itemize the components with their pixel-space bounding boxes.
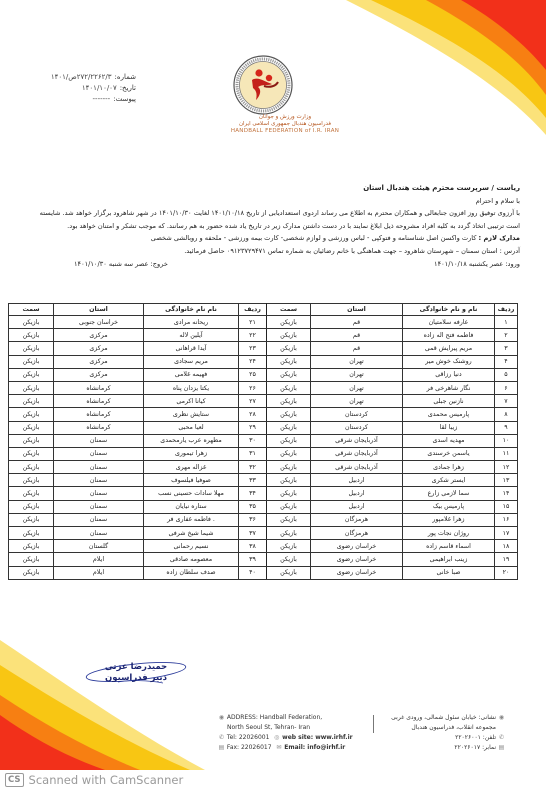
phone-icon: ✆ — [218, 733, 225, 743]
cell-full-name: صبا خانی — [403, 566, 495, 579]
cell-full-name: نسیم رحمانی — [144, 540, 239, 553]
location-pin-icon: ◉ — [218, 713, 225, 723]
cell-province: اردبیل — [311, 500, 403, 513]
cell-province: سمنان — [54, 513, 144, 526]
cell-full-name: زهرا غلامپور — [403, 513, 495, 526]
letter-number-label: شماره: — [115, 72, 136, 83]
table-row: ۱۸اسماء قاسم زادهخراسان رضویبازیکن۳۸نسیم… — [9, 540, 518, 553]
cell-role: بازیکن — [267, 566, 311, 579]
cell-row-number: ۱۰ — [495, 434, 518, 447]
table-row: ۹زیبا لقاکردستانبازیکن۲۹لعیا محبیکرمانشا… — [9, 421, 518, 434]
fax-icon: ▤ — [218, 743, 225, 753]
cell-row-number: ۲۶ — [239, 381, 267, 394]
cell-row-number: ۱۷ — [495, 527, 518, 540]
table-row: ۱۴سما لازمی زارعاردبیلبازیکن۳۴مهلا سادات… — [9, 487, 518, 500]
cell-full-name: فاطمه فتح اله زاده — [403, 329, 495, 342]
cell-province: کرمانشاه — [54, 395, 144, 408]
cell-province: خراسان رضوی — [311, 540, 403, 553]
required-documents-label: مدارک لازم : — [479, 234, 520, 242]
cell-role: بازیکن — [267, 513, 311, 526]
cell-full-name: غزاله مهری — [144, 461, 239, 474]
cell-role: بازیکن — [9, 553, 54, 566]
cell-role: بازیکن — [267, 421, 311, 434]
cell-province: آذربایجان شرقی — [311, 434, 403, 447]
cell-full-name: ایستر شکری — [403, 474, 495, 487]
header-full-name: نام نام خانوادگی — [144, 304, 239, 316]
cell-province: تهران — [311, 355, 403, 368]
required-documents: مدارک لازم : کارت واکسن اصل شناسنامه و ف… — [34, 232, 520, 245]
cell-full-name: زیبا لقا — [403, 421, 495, 434]
cell-full-name: یاسمن خرسندی — [403, 447, 495, 460]
federation-name-fa: فدراسیون هندبال جمهوری اسلامی ایران — [190, 121, 380, 128]
cell-row-number: ۳ — [495, 342, 518, 355]
letter-body: ریاست / سرپرست محترم هیئت هندبال استان ب… — [34, 182, 520, 270]
cell-role: بازیکن — [267, 461, 311, 474]
cell-province: سمنان — [54, 434, 144, 447]
table-row: ۱۹زینب ابراهیمیخراسان رضویبازیکن۳۹معصومه… — [9, 553, 518, 566]
cell-full-name: زینب ابراهیمی — [403, 553, 495, 566]
tel-en: Tel: 22026001 — [227, 734, 269, 741]
cell-role: بازیکن — [267, 487, 311, 500]
cell-row-number: ۲۸ — [239, 408, 267, 421]
header-province: استان — [54, 304, 144, 316]
cell-full-name: نگار شاهرخی فر — [403, 381, 495, 394]
cell-full-name: ستاره نیایان — [144, 500, 239, 513]
cell-full-name: زهرا تیموری — [144, 447, 239, 460]
cell-province: مرکزی — [54, 329, 144, 342]
cell-role: بازیکن — [267, 368, 311, 381]
cell-row-number: ۱۸ — [495, 540, 518, 553]
cell-role: بازیکن — [9, 368, 54, 381]
letter-page: شماره: ۲۷۲/۲۲۶۲/۳ص/۱۴۰۱ تاریخ: ۱۴۰۱/۱۰/۰… — [0, 0, 546, 800]
cell-province: قم — [311, 342, 403, 355]
address-en-line1: ADDRESS: Handball Federation, — [227, 714, 322, 721]
cell-province: اردبیل — [311, 474, 403, 487]
cell-role: بازیکن — [9, 434, 54, 447]
table-row: ۱۲زهرا جمادیآذربایجان شرقیبازیکن۳۲غزاله … — [9, 461, 518, 474]
cell-role: بازیکن — [267, 540, 311, 553]
cell-row-number: ۳۹ — [239, 553, 267, 566]
cell-province: مرکزی — [54, 342, 144, 355]
table-row: ۱۵پارمیس بیکاردبیلبازیکن۳۵ستاره نیایانسم… — [9, 500, 518, 513]
table-row: ۱عارفه سلامتیانقمبازیکن۲۱ریحانه مرادیخرا… — [9, 316, 518, 329]
cell-province: سمنان — [54, 527, 144, 540]
cell-full-name: صدف سلطان زاده — [144, 566, 239, 579]
cell-role: بازیکن — [267, 342, 311, 355]
cell-row-number: ۱ — [495, 316, 518, 329]
header-row-number: ردیف — [495, 304, 518, 316]
cell-province: تهران — [311, 381, 403, 394]
cell-province: تهران — [311, 395, 403, 408]
website-link[interactable]: web site: www.irhf.ir — [282, 734, 352, 741]
cell-row-number: ۲۹ — [239, 421, 267, 434]
cell-row-number: ۲ — [495, 329, 518, 342]
cell-role: بازیکن — [9, 513, 54, 526]
cell-role: بازیکن — [267, 395, 311, 408]
letter-greeting: با سلام و احترام — [34, 195, 520, 208]
footer-divider — [373, 715, 374, 733]
camscanner-text: Scanned with CamScanner — [29, 773, 184, 787]
cell-role: بازیکن — [267, 316, 311, 329]
cell-full-name: دنیا رزاقی — [403, 368, 495, 381]
letter-meta: شماره: ۲۷۲/۲۲۶۲/۳ص/۱۴۰۱ تاریخ: ۱۴۰۱/۱۰/۰… — [26, 72, 136, 105]
cell-row-number: ۱۱ — [495, 447, 518, 460]
cell-province: آذربایجان شرقی — [311, 461, 403, 474]
camscanner-watermark: CS Scanned with CamScanner — [5, 773, 183, 787]
fax-en: Fax: 22026017 — [227, 744, 272, 751]
cell-role: بازیکن — [9, 566, 54, 579]
departure-date: خروج: عصر سه شنبه ۱۴۰۱/۱۰/۳۰ — [74, 258, 168, 271]
signatory-title: دبیر فدراسیون — [96, 673, 176, 684]
cell-province: سمنان — [54, 487, 144, 500]
camp-address: آدرس : استان سمنان – شهرستان شاهرود – جه… — [34, 245, 520, 258]
letter-date: تاریخ: ۱۴۰۱/۱۰/۰۷ — [26, 83, 136, 94]
cell-role: بازیکن — [9, 421, 54, 434]
cell-row-number: ۳۰ — [239, 434, 267, 447]
table-row: ۲فاطمه فتح اله زادهقمبازیکن۲۲آیلین لالهم… — [9, 329, 518, 342]
cell-full-name: فهیمه غلامی — [144, 368, 239, 381]
header-row-number: ردیف — [239, 304, 267, 316]
cell-province: سمنان — [54, 447, 144, 460]
cell-row-number: ۳۶ — [239, 513, 267, 526]
location-pin-icon: ◉ — [498, 713, 505, 723]
letter-attachment-value: ------- — [93, 94, 111, 105]
cell-full-name: آیدا قراهانی — [144, 342, 239, 355]
cell-province: تهران — [311, 368, 403, 381]
cell-province: کرمانشاه — [54, 421, 144, 434]
cell-row-number: ۴ — [495, 355, 518, 368]
cell-row-number: ۲۰ — [495, 566, 518, 579]
cell-role: بازیکن — [9, 329, 54, 342]
cell-province: گلستان — [54, 540, 144, 553]
cell-role: بازیکن — [9, 408, 54, 421]
cell-full-name: شیما شیخ شرفی — [144, 527, 239, 540]
cell-province: کرمانشاه — [54, 381, 144, 394]
cell-row-number: ۳۷ — [239, 527, 267, 540]
cell-province: اردبیل — [311, 487, 403, 500]
cell-row-number: ۲۷ — [239, 395, 267, 408]
cell-row-number: ۲۲ — [239, 329, 267, 342]
cell-full-name: مهلا سادات حسینی نسب — [144, 487, 239, 500]
address-fa-line2: مجموعه انقلاب، فدراسیون هندبال — [411, 724, 496, 731]
cell-role: بازیکن — [267, 527, 311, 540]
cell-province: قم — [311, 316, 403, 329]
email-link[interactable]: Email: info@irhf.ir — [284, 744, 345, 751]
table-row: ۶نگار شاهرخی فرتهرانبازیکن۲۶یکتا یزدان پ… — [9, 381, 518, 394]
cell-role: بازیکن — [267, 329, 311, 342]
camp-dates: ورود: عصر یکشنبه ۱۴۰۱/۱۰/۱۸ خروج: عصر سه… — [34, 258, 520, 271]
footer-contact-en: ◉ ADDRESS: Handball Federation, North Se… — [218, 713, 378, 753]
header-role: سمت — [9, 304, 54, 316]
footer-contact-fa: ◉ نشانی: خیابان سئول شمالی، ورودی غربی م… — [377, 713, 505, 753]
cell-row-number: ۱۵ — [495, 500, 518, 513]
cell-full-name: کیانا اکرمی — [144, 395, 239, 408]
cell-role: بازیکن — [9, 527, 54, 540]
cell-row-number: ۳۵ — [239, 500, 267, 513]
footer-contact: ◉ ADDRESS: Handball Federation, North Se… — [210, 713, 510, 771]
cell-role: بازیکن — [9, 395, 54, 408]
cell-role: بازیکن — [267, 500, 311, 513]
cell-role: بازیکن — [9, 500, 54, 513]
cell-province: آذربایجان شرقی — [311, 447, 403, 460]
cell-row-number: ۱۴ — [495, 487, 518, 500]
cell-full-name: نازنین جبلی — [403, 395, 495, 408]
letter-attachment: پیوست: ------- — [26, 94, 136, 105]
ministry-name: وزارت ورزش و جوانان — [190, 114, 380, 121]
cell-row-number: ۳۴ — [239, 487, 267, 500]
cell-row-number: ۲۵ — [239, 368, 267, 381]
cell-row-number: ۹ — [495, 421, 518, 434]
cell-row-number: ۶ — [495, 381, 518, 394]
cell-province: سمنان — [54, 474, 144, 487]
letter-recipient: ریاست / سرپرست محترم هیئت هندبال استان — [34, 182, 520, 195]
cell-full-name: صوفیا فیلسوف — [144, 474, 239, 487]
cell-row-number: ۳۱ — [239, 447, 267, 460]
cell-role: بازیکن — [267, 381, 311, 394]
tel-fa: تلفن: ۲۲۰۲۶۰۰۱ — [455, 734, 496, 741]
cell-province: قم — [311, 329, 403, 342]
cell-province: خراسان رضوی — [311, 553, 403, 566]
cell-row-number: ۲۴ — [239, 355, 267, 368]
federation-name: وزارت ورزش و جوانان فدراسیون هندبال جمهو… — [190, 114, 380, 135]
cell-full-name: . فاطمه غفاری فر — [144, 513, 239, 526]
cell-province: مرکزی — [54, 355, 144, 368]
cell-role: بازیکن — [267, 355, 311, 368]
cell-province: سمنان — [54, 500, 144, 513]
cell-row-number: ۸ — [495, 408, 518, 421]
table-row: ۱۷روژان نجات پورهرمزگانبازیکن۳۷شیما شیخ … — [9, 527, 518, 540]
address-fa-line1: نشانی: خیابان سئول شمالی، ورودی غربی — [391, 714, 496, 721]
signature-stamp: حمیدرضا عزتی دبیر فدراسیون — [78, 660, 198, 700]
cell-row-number: ۱۶ — [495, 513, 518, 526]
cell-full-name: ستایش نظری — [144, 408, 239, 421]
cell-province: کرمانشاه — [54, 408, 144, 421]
cell-row-number: ۷ — [495, 395, 518, 408]
cell-full-name: پارمیس محمدی — [403, 408, 495, 421]
fax-fa: نمابر: ۲۲۰۲۶۰۱۷ — [454, 744, 496, 751]
cell-full-name: یکتا یزدان پناه — [144, 381, 239, 394]
cell-row-number: ۱۲ — [495, 461, 518, 474]
cell-full-name: روژان نجات پور — [403, 527, 495, 540]
cell-province: کردستان — [311, 421, 403, 434]
cell-full-name: روشنک خوش میر — [403, 355, 495, 368]
cell-row-number: ۲۳ — [239, 342, 267, 355]
cell-role: بازیکن — [9, 540, 54, 553]
cell-full-name: مهدیه اسدی — [403, 434, 495, 447]
cell-role: بازیکن — [9, 461, 54, 474]
cell-full-name: آیلین لاله — [144, 329, 239, 342]
cell-role: بازیکن — [9, 316, 54, 329]
federation-logo-icon — [232, 54, 294, 116]
letter-number-value: ۲۷۲/۲۲۶۲/۳ص/۱۴۰۱ — [51, 72, 112, 83]
cell-full-name: عارفه سلامتیان — [403, 316, 495, 329]
cell-role: بازیکن — [267, 474, 311, 487]
cell-role: بازیکن — [9, 381, 54, 394]
cell-row-number: ۱۳ — [495, 474, 518, 487]
cell-province: کردستان — [311, 408, 403, 421]
cell-province: سمنان — [54, 461, 144, 474]
cell-row-number: ۲۱ — [239, 316, 267, 329]
table-body: ۱عارفه سلامتیانقمبازیکن۲۱ریحانه مرادیخرا… — [9, 316, 518, 580]
cell-row-number: ۳۸ — [239, 540, 267, 553]
cell-full-name: زهرا جمادی — [403, 461, 495, 474]
cell-full-name: مریم پیرایش قمی — [403, 342, 495, 355]
cell-row-number: ۴۰ — [239, 566, 267, 579]
letter-date-value: ۱۴۰۱/۱۰/۰۷ — [82, 83, 117, 94]
table-row: ۴روشنک خوش میرتهرانبازیکن۲۴مریم سجادیمرک… — [9, 355, 518, 368]
cell-full-name: مطهره عرب یارمحمدی — [144, 434, 239, 447]
federation-name-en: HANDBALL FEDERATION of I.R. IRAN — [190, 128, 380, 135]
letter-number: شماره: ۲۷۲/۲۲۶۲/۳ص/۱۴۰۱ — [26, 72, 136, 83]
cell-role: بازیکن — [267, 447, 311, 460]
cell-full-name: لعیا محبی — [144, 421, 239, 434]
table-row: ۷نازنین جبلیتهرانبازیکن۲۷کیانا اکرمیکرما… — [9, 395, 518, 408]
required-documents-value: کارت واکسن اصل شناسنامه و فتوکپی - لباس … — [151, 234, 477, 242]
table-row: ۳مریم پیرایش قمیقمبازیکن۲۳آیدا قراهانیمر… — [9, 342, 518, 355]
cell-province: خراسان جنوبی — [54, 316, 144, 329]
camscanner-logo-icon: CS — [5, 773, 24, 787]
phone-icon: ✆ — [498, 733, 505, 743]
cell-full-name: معصومه صادقی — [144, 553, 239, 566]
letter-paragraph: با آرزوی توفیق روز افزون جنابعالی و همکا… — [34, 207, 520, 232]
table-row: ۸پارمیس محمدیکردستانبازیکن۲۸ستایش نظریکر… — [9, 408, 518, 421]
cell-province: خراسان رضوی — [311, 566, 403, 579]
table-row: ۲۰صبا خانیخراسان رضویبازیکن۴۰صدف سلطان ز… — [9, 566, 518, 579]
table-row: ۱۶زهرا غلامپورهرمزگانبازیکن۳۶. فاطمه غفا… — [9, 513, 518, 526]
cell-role: بازیکن — [9, 355, 54, 368]
header-full-name: نام و نام خانوادگی — [403, 304, 495, 316]
cell-full-name: سما لازمی زارع — [403, 487, 495, 500]
cell-role: بازیکن — [267, 434, 311, 447]
arrival-date: ورود: عصر یکشنبه ۱۴۰۱/۱۰/۱۸ — [434, 258, 520, 271]
cell-row-number: ۳۳ — [239, 474, 267, 487]
signature-text: حمیدرضا عزتی دبیر فدراسیون — [96, 662, 176, 684]
letter-date-label: تاریخ: — [120, 83, 136, 94]
cell-role: بازیکن — [9, 474, 54, 487]
table-row: ۱۳ایستر شکریاردبیلبازیکن۳۳صوفیا فیلسوفسم… — [9, 474, 518, 487]
cell-row-number: ۵ — [495, 368, 518, 381]
globe-icon: ◎ — [273, 733, 280, 743]
participants-table: ردیف نام و نام خانوادگی استان سمت ردیف ن… — [32, 303, 518, 580]
address-en-line2: North Seoul St, Tehran- Iran — [227, 724, 310, 731]
letter-attachment-label: پیوست: — [113, 94, 136, 105]
cell-full-name: پارمیس بیک — [403, 500, 495, 513]
table-row: ۱۱یاسمن خرسندیآذربایجان شرقیبازیکن۳۱زهرا… — [9, 447, 518, 460]
table-row: ۱۰مهدیه اسدیآذربایجان شرقیبازیکن۳۰مطهره … — [9, 434, 518, 447]
table-row: ۵دنیا رزاقیتهرانبازیکن۲۵فهیمه غلامیمرکزی… — [9, 368, 518, 381]
cell-role: بازیکن — [267, 553, 311, 566]
cell-full-name: مریم سجادی — [144, 355, 239, 368]
cell-full-name: اسماء قاسم زاده — [403, 540, 495, 553]
cell-row-number: ۳۲ — [239, 461, 267, 474]
fax-icon: ▤ — [498, 743, 505, 753]
cell-province: ایلام — [54, 566, 144, 579]
header-province: استان — [311, 304, 403, 316]
email-icon: ✉ — [275, 743, 282, 753]
cell-role: بازیکن — [9, 342, 54, 355]
cell-province: مرکزی — [54, 368, 144, 381]
table-header-row: ردیف نام و نام خانوادگی استان سمت ردیف ن… — [9, 304, 518, 316]
cell-role: بازیکن — [9, 487, 54, 500]
header-role: سمت — [267, 304, 311, 316]
cell-province: هرمزگان — [311, 513, 403, 526]
cell-province: ایلام — [54, 553, 144, 566]
signatory-name: حمیدرضا عزتی — [96, 662, 176, 673]
cell-row-number: ۱۹ — [495, 553, 518, 566]
cell-full-name: ریحانه مرادی — [144, 316, 239, 329]
cell-province: هرمزگان — [311, 527, 403, 540]
cell-role: بازیکن — [9, 447, 54, 460]
cell-role: بازیکن — [267, 408, 311, 421]
